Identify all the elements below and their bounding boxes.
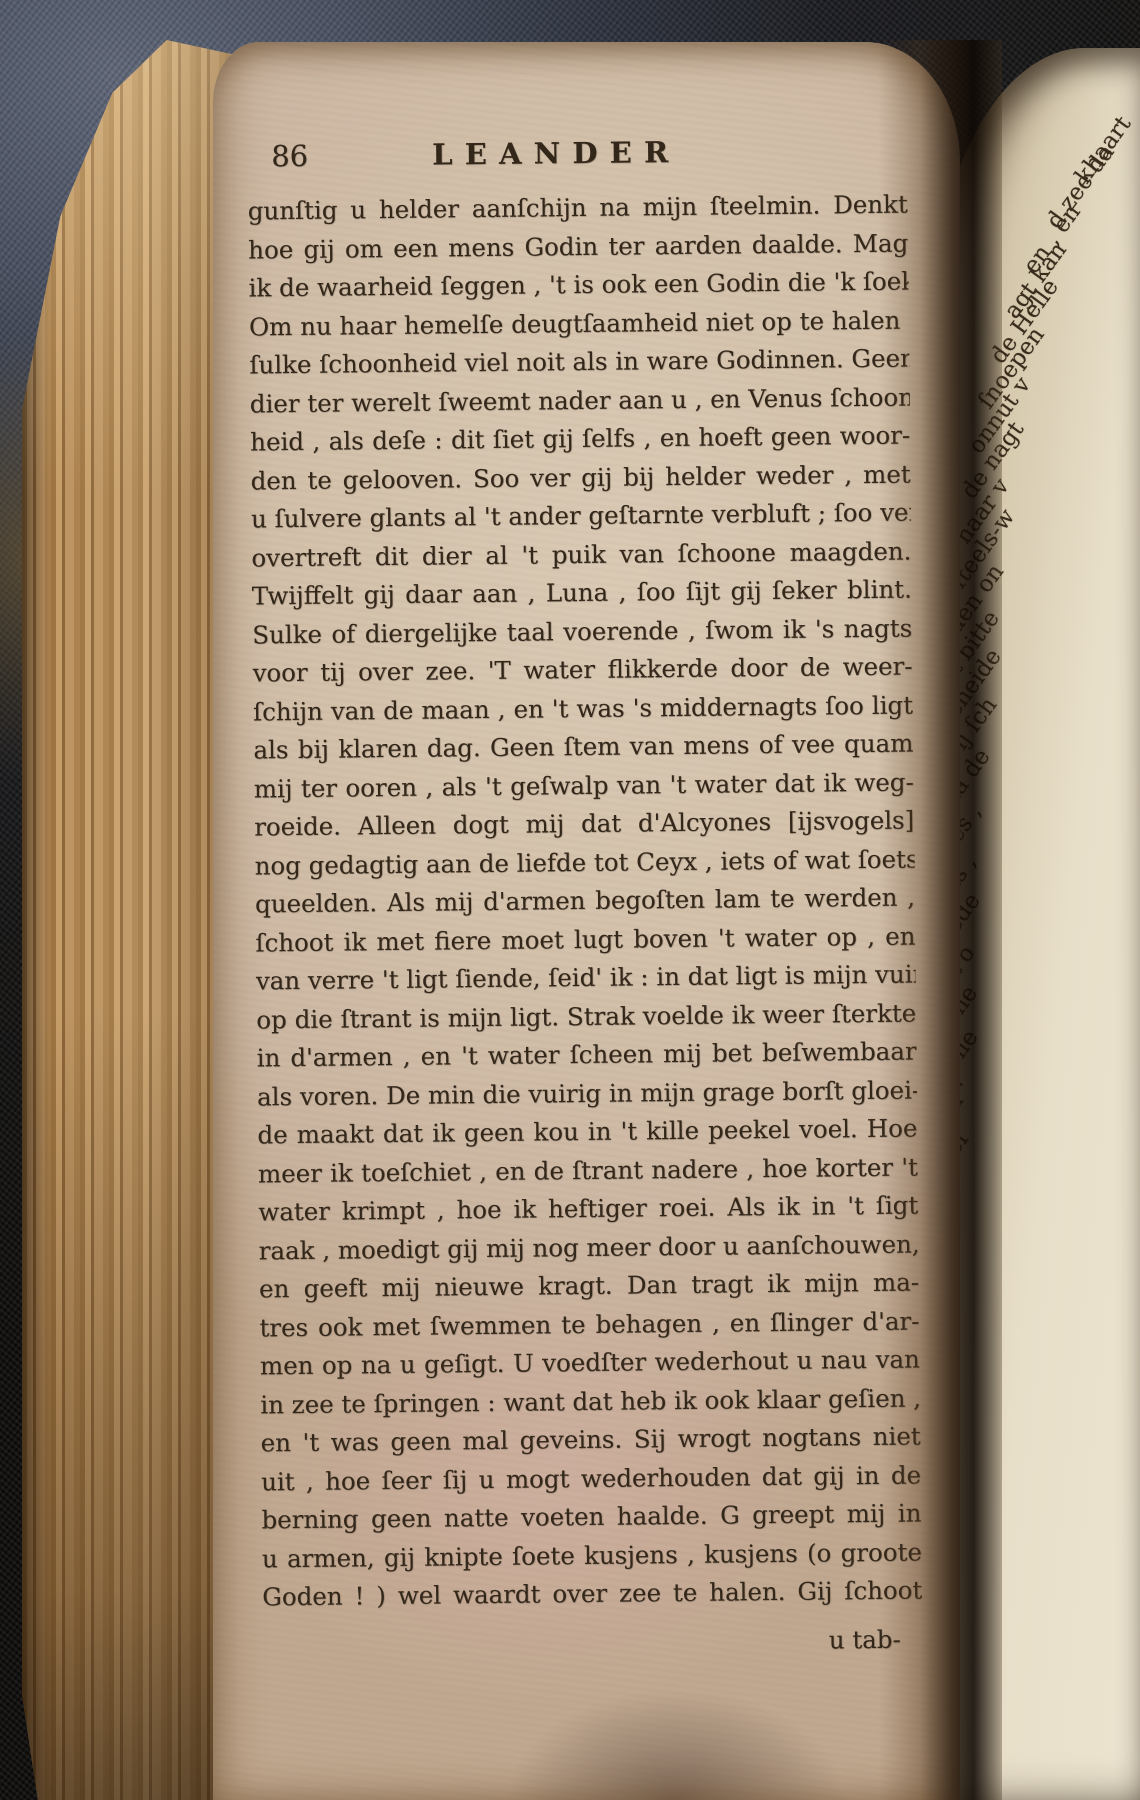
text-line: Twijffelt gij daar aan , Luna , ſoo ſijt… — [252, 571, 912, 616]
book-page: 86 LEANDER gunſtig u helder aanſchijn na… — [213, 42, 960, 1800]
text-line: roeide. Alleen dogt mij dat d'Alcyones [… — [254, 802, 914, 847]
text-line: u ſulvere glants al 't ander geſtarnte v… — [251, 494, 911, 539]
facing-page: khaartd zee daen , enagt kande Helleſnoe… — [930, 48, 1140, 1800]
catchword: u tab- — [263, 1620, 923, 1665]
text-line: queelden. Als mij d'armen begoſten lam t… — [255, 879, 915, 924]
text-line: en geeft mij nieuwe kragt. Dan tragt ik … — [259, 1264, 919, 1309]
text-line: en 't was geen mal geveins. Sij wrogt no… — [260, 1418, 920, 1463]
page-text-block: 86 LEANDER gunſtig u helder aanſchijn na… — [247, 131, 923, 1665]
text-line: als bij klaren dag. Geen ſtem van mens o… — [253, 725, 913, 770]
running-title: LEANDER — [247, 131, 865, 176]
photo-of-book: { "book_page": { "page_number": "86", "r… — [0, 0, 1140, 1800]
text-line: heid , als deſe : dit ſiet gij ſelfs , e… — [250, 417, 910, 462]
text-line: gunſtig u helder aanſchijn na mijn ſteel… — [248, 186, 908, 231]
text-line: ik de waarheid ſeggen , 't is ook een Go… — [248, 263, 908, 308]
text-line: van verre 't ligt ſiende, ſeid' ik : in … — [256, 956, 916, 1001]
text-line: berning geen natte voeten haalde. G gree… — [261, 1495, 921, 1540]
text-line: in d'armen , en 't water ſcheen mij bet … — [256, 1033, 916, 1078]
text-line: water krimpt , hoe ik heftiger roei. Als… — [258, 1187, 918, 1232]
text-line: voor tij over zee. 'T water flikkerde do… — [252, 648, 912, 693]
text-line: de maakt dat ik geen kou in 't kille pee… — [257, 1110, 917, 1155]
page-body: gunſtig u helder aanſchijn na mijn ſteel… — [248, 186, 923, 1617]
page-header: 86 LEANDER — [247, 131, 907, 178]
text-line: ſulke ſchoonheid viel noit als in ware G… — [249, 340, 909, 385]
text-line: Goden ! ) wel waardt over zee te halen. … — [262, 1572, 922, 1617]
text-line: men op na u geſigt. U voedſter wederhout… — [260, 1341, 920, 1386]
